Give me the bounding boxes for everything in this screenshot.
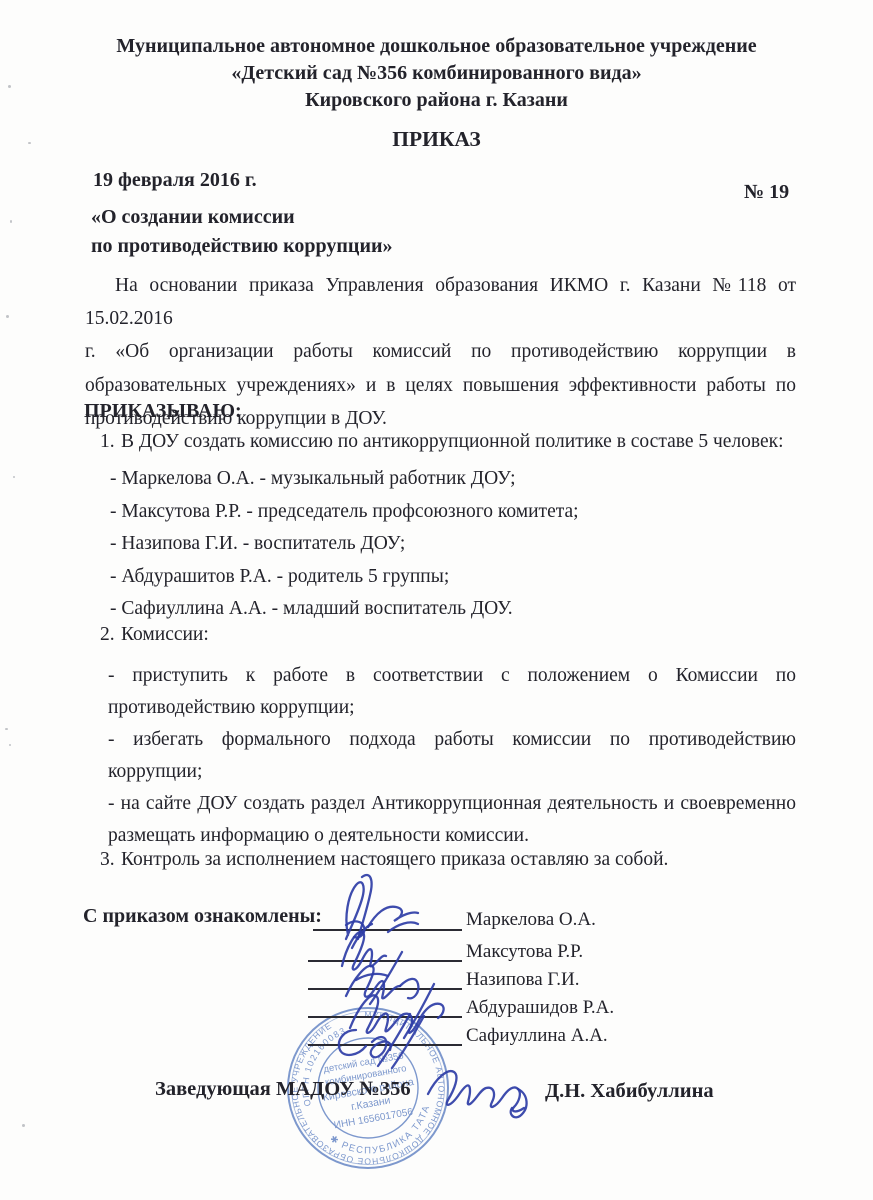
intro-line: г. «Об организации работы комиссий по пр… bbox=[85, 335, 796, 368]
directive-line: - приступить к работе в соответствии с п… bbox=[108, 660, 796, 692]
item-text: Контроль за исполнением настоящего прика… bbox=[121, 849, 668, 871]
order-title: ПРИКАЗ bbox=[0, 127, 873, 152]
intro-line: На основании приказа Управления образова… bbox=[85, 269, 796, 335]
member-line: - Назипова Г.И. - воспитатель ДОУ; bbox=[110, 528, 796, 561]
scan-speck bbox=[5, 728, 8, 730]
scanned-order-document: Муниципальное автономное дошкольное обра… bbox=[0, 0, 873, 1200]
member-line: - Максутова Р.Р. - председатель профсоюз… bbox=[110, 496, 796, 529]
scan-speck bbox=[13, 476, 15, 478]
resolve-label: ПРИКАЗЫВАЮ: bbox=[84, 400, 242, 423]
org-name-line: «Детский сад №356 комбинированного вида» bbox=[0, 60, 873, 87]
head-name: Д.Н. Хабибуллина bbox=[545, 1080, 714, 1103]
ack-name: Сафиуллина А.А. bbox=[466, 1025, 608, 1047]
ack-name: Абдурашидов Р.А. bbox=[466, 997, 614, 1019]
directive-line: коррупции; bbox=[108, 756, 796, 788]
directive-line: противодействию коррупции; bbox=[108, 692, 796, 724]
member-line: - Сафиуллина А.А. - младший воспитатель … bbox=[110, 593, 796, 626]
scan-speck bbox=[9, 744, 11, 746]
item-number: 3. bbox=[100, 849, 121, 871]
item-text: В ДОУ создать комиссию по антикоррупцион… bbox=[121, 431, 784, 453]
org-name-line: Кировского района г. Казани bbox=[0, 87, 873, 114]
scan-speck bbox=[6, 315, 9, 318]
org-name-line: Муниципальное автономное дошкольное обра… bbox=[0, 33, 873, 60]
stamp-center-line: ИНН 1656017056 bbox=[333, 1107, 414, 1132]
signature-head bbox=[418, 1050, 544, 1122]
member-line: - Абдурашитов Р.А. - родитель 5 группы; bbox=[110, 561, 796, 594]
acknowledged-label: С приказом ознакомлены: bbox=[83, 905, 322, 928]
subject-line: по противодействию коррупции» bbox=[91, 232, 393, 261]
order-item-1: 1. В ДОУ создать комиссию по антикоррупц… bbox=[100, 431, 800, 453]
commission-members-list: - Маркелова О.А. - музыкальный работник … bbox=[110, 463, 796, 626]
ack-name: Назипова Г.И. bbox=[466, 969, 579, 991]
directive-line: - избегать формального подхода работы ко… bbox=[108, 724, 796, 756]
item-number: 2. bbox=[100, 624, 121, 646]
head-position: Заведующая МАДОУ №356 bbox=[155, 1078, 411, 1101]
commission-directives: - приступить к работе в соответствии с п… bbox=[108, 660, 796, 852]
org-header: Муниципальное автономное дошкольное обра… bbox=[0, 33, 873, 114]
member-line: - Маркелова О.А. - музыкальный работник … bbox=[110, 463, 796, 496]
scan-speck bbox=[22, 1124, 25, 1127]
item-number: 1. bbox=[100, 431, 121, 453]
scan-speck bbox=[10, 220, 12, 223]
ack-name: Маркелова О.А. bbox=[466, 909, 596, 931]
order-subject: «О создании комиссии по противодействию … bbox=[91, 203, 393, 261]
order-item-3: 3. Контроль за исполнением настоящего пр… bbox=[100, 849, 800, 871]
order-item-2: 2. Комиссии: bbox=[100, 624, 800, 646]
directive-line: - на сайте ДОУ создать раздел Антикорруп… bbox=[108, 788, 796, 820]
order-date: 19 февраля 2016 г. bbox=[93, 169, 257, 192]
item-text: Комиссии: bbox=[121, 624, 209, 646]
intro-line: образовательных учреждениях» и в целях п… bbox=[85, 369, 796, 402]
order-number: № 19 bbox=[744, 181, 789, 204]
ack-name: Максутова Р.Р. bbox=[466, 941, 583, 963]
directive-line: размещать информацию о деятельности коми… bbox=[108, 820, 796, 852]
subject-line: «О создании комиссии bbox=[91, 203, 393, 232]
